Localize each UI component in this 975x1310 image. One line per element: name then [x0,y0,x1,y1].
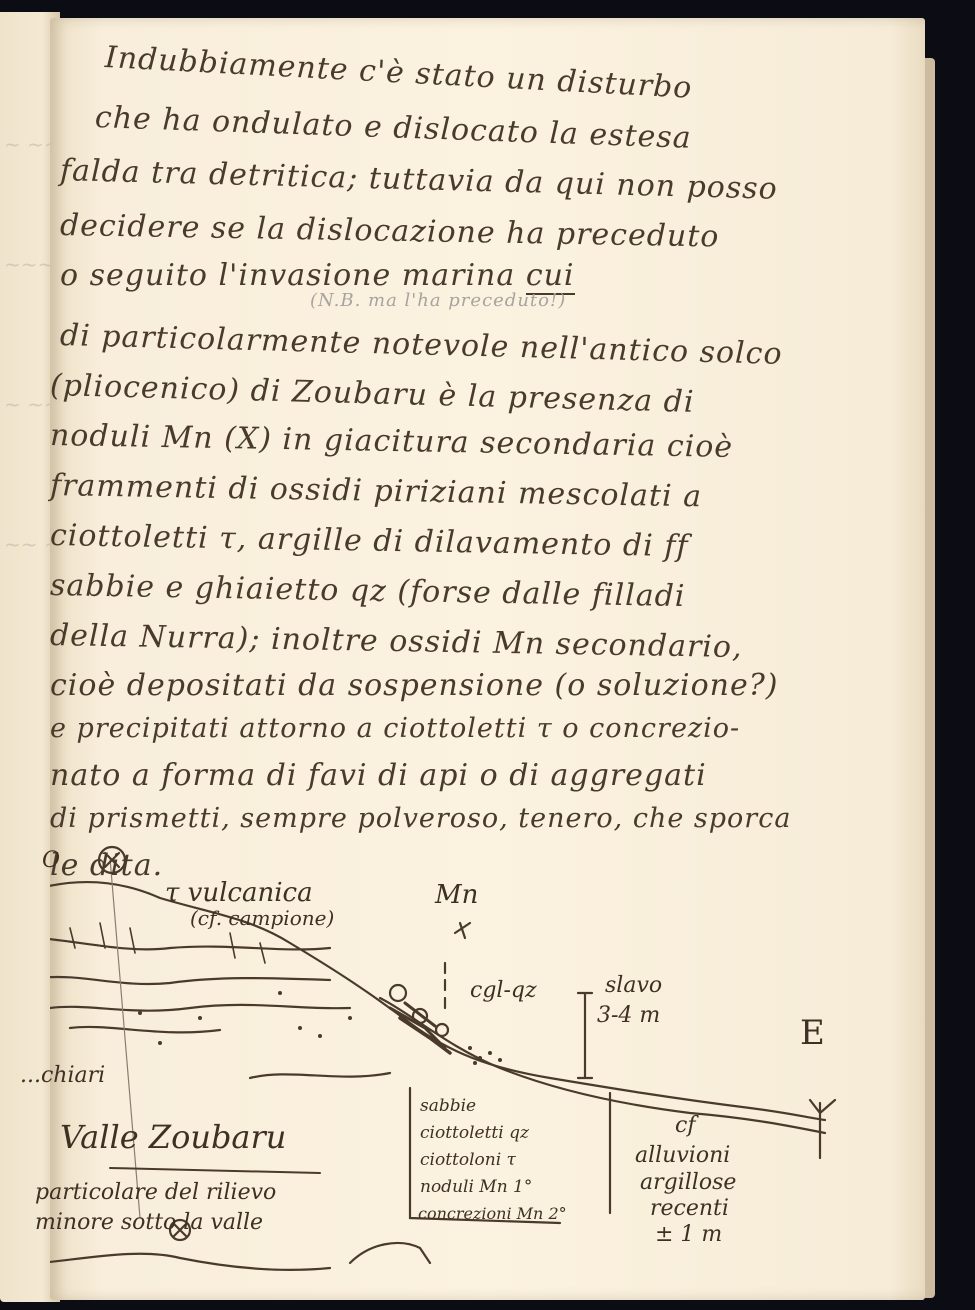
legend-item: noduli Mn 1° [420,1177,532,1197]
label-volcanic: τ vulcanica [165,878,313,908]
label-sample: (cf. campione) [190,906,334,930]
label-left-bottom: ...chiari [20,1063,105,1088]
label-mn: Mn [435,880,478,910]
legend-item: ciottoletti qz [420,1123,529,1143]
legend-right: ± 1 m [655,1222,722,1247]
label-height: 3-4 m [597,1003,660,1028]
label-west: O [42,848,60,873]
legend-right: cf [675,1113,695,1138]
legend-right: argillose [640,1170,736,1195]
valley-note: particolare del rilievo [35,1180,276,1205]
geological-cross-section [50,18,925,1300]
notebook-page: Indubbiamente c'è stato un disturbo che … [50,18,925,1300]
label-east: E [800,1013,825,1053]
legend-right: alluvioni [635,1143,730,1168]
valley-note: minore sotto la valle [35,1210,263,1235]
legend-item: concrezioni Mn 2° [418,1204,567,1223]
label-cgl: cgl-qz [470,978,537,1003]
legend-item: ciottoloni τ [420,1150,516,1170]
legend-item: sabbie [420,1096,476,1116]
label-slope: slavo [605,973,662,998]
valley-title: Valle Zoubaru [60,1118,286,1156]
legend-right: recenti [650,1196,729,1221]
